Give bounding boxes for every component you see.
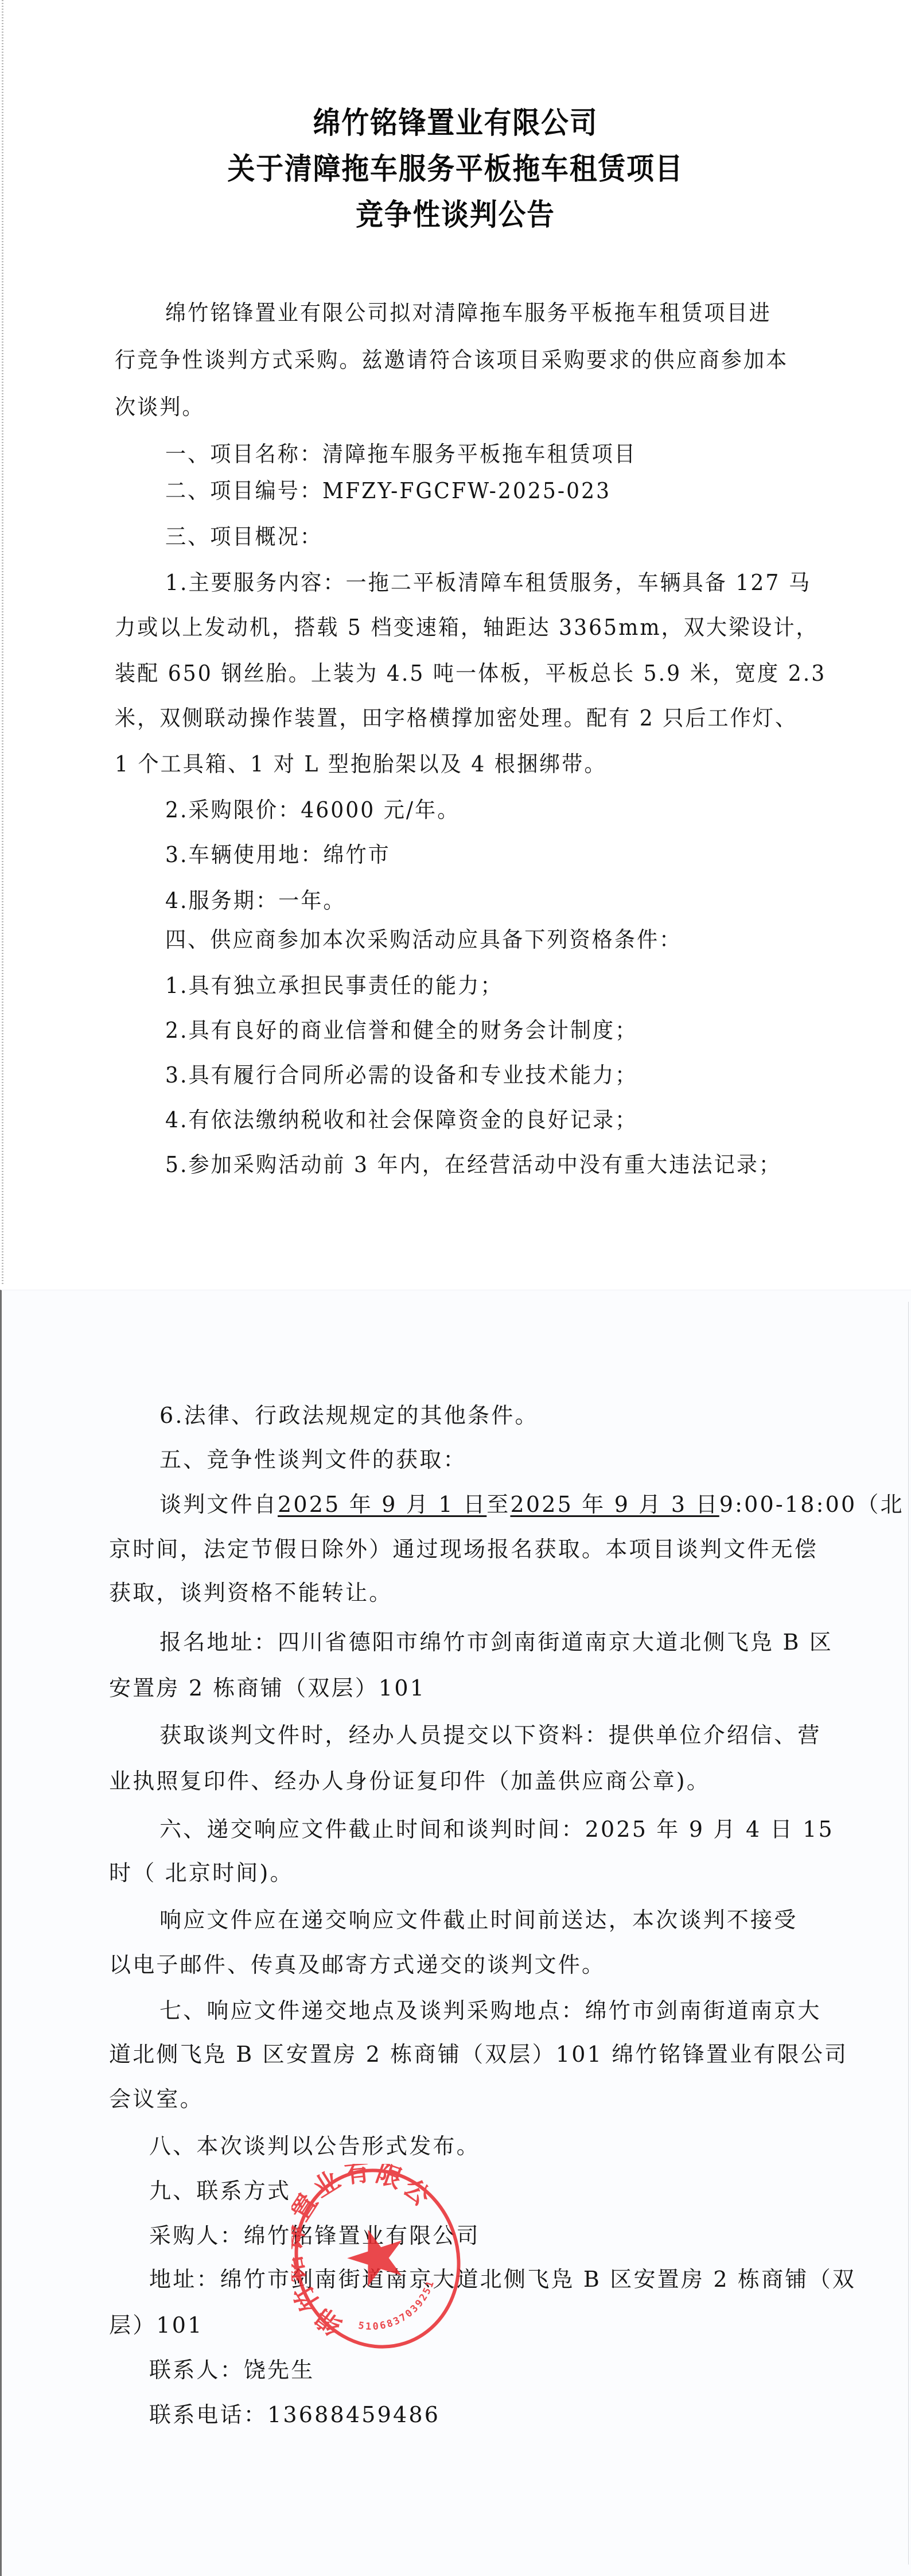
qualification-item: 6.法律、行政法规规定的其他条件。 (159, 1402, 539, 1429)
scan-edge (908, 1302, 909, 2565)
publication-note: 八、本次谈判以公告形式发布。 (149, 2133, 480, 2159)
title-company: 绵竹铭锋置业有限公司 (37, 99, 875, 142)
intro-line-3: 次谈判。 (115, 394, 205, 420)
intro-line-2: 行竞争性谈判方式采购。兹邀请符合该项目采购要求的供应商参加本 (115, 347, 788, 373)
qualification-item: 5.参加采购活动前 3 年内，在经营活动中没有重大违法记录； (165, 1151, 781, 1178)
project-overview-heading: 三、项目概况： (165, 523, 322, 550)
registration-address-line-1: 报名地址：四川省德阳市绵竹市剑南街道南京大道北侧飞凫 B 区 (159, 1629, 833, 1655)
title-notice-type: 竞争性谈判公告 (37, 191, 875, 234)
acquisition-prefix: 谈判文件自 (159, 1492, 278, 1517)
buyer-address-line-2: 层）101 (109, 2312, 204, 2338)
project-number-label: 二、项目编号： (165, 478, 322, 503)
qualification-item: 2.具有良好的商业信誉和健全的财务会计制度； (165, 1017, 637, 1043)
intro-line-1: 绵竹铭锋置业有限公司拟对清障拖车服务平板拖车租赁项目进 (165, 300, 772, 326)
qualification-heading: 四、供应商参加本次采购活动应具备下列资格条件： (165, 926, 682, 953)
delivery-note-line-2: 以电子邮件、传真及邮寄方式递交的谈判文件。 (109, 1952, 605, 1978)
deadline-line-1: 六、递交响应文件截止时间和谈判时间：2025 年 9 月 4 日 15 (159, 1816, 834, 1842)
acquisition-to: 至 (486, 1492, 510, 1517)
venue-line-1: 七、响应文件递交地点及谈判采购地点：绵竹市剑南街道南京大 (159, 1997, 822, 2024)
vehicle-location: 3.车辆使用地：绵竹市 (165, 841, 391, 868)
document-acquisition-heading: 五、竞争性谈判文件的获取： (159, 1446, 467, 1473)
price-limit: 2.采购限价：46000 元/年。 (165, 797, 460, 823)
project-name-value: 清障拖车服务平板拖车租赁项目 (322, 441, 637, 467)
project-number-value: MFZY-FGCFW-2025-023 (322, 478, 611, 503)
acquisition-start-date: 2025 年 9 月 1 日 (278, 1492, 486, 1517)
scan-edge (2, 0, 3, 1286)
required-materials-line-2: 业执照复印件、经办人身份证复印件（加盖供应商公章)。 (109, 1768, 710, 1794)
venue-line-2: 道北侧飞凫 B 区安置房 2 栋商铺（双层）101 绵竹铭锋置业有限公司 (109, 2041, 848, 2067)
service-period: 4.服务期：一年。 (165, 887, 346, 914)
acquisition-hours: 9:00-18:00（北 (719, 1492, 904, 1517)
required-materials-line-1: 获取谈判文件时，经办人员提交以下资料：提供单位介绍信、营 (159, 1722, 822, 1748)
service-content-line-5: 1 个工具箱、1 对 L 型抱胎架以及 4 根捆绑带。 (115, 751, 607, 777)
qualification-item: 4.有依法缴纳税收和社会保障资金的良好记录； (165, 1107, 637, 1133)
qualification-item: 1.具有独立承担民事责任的能力； (165, 972, 503, 999)
venue-line-3: 会议室。 (109, 2086, 204, 2112)
acquisition-period-line-3: 获取，谈判资格不能转让。 (109, 1580, 392, 1606)
buyer: 采购人：绵竹铭锋置业有限公司 (149, 2222, 480, 2249)
title-subject: 关于清障拖车服务平板拖车租赁项目 (37, 145, 875, 188)
delivery-note-line-1: 响应文件应在递交响应文件截止时间前送达，本次谈判不接受 (159, 1907, 797, 1933)
contact-phone: 联系电话：13688459486 (149, 2402, 440, 2428)
project-name: 一、项目名称：清障拖车服务平板拖车租赁项目 (165, 441, 637, 467)
acquisition-period-line-2: 京时间，法定节假日除外）通过现场报名获取。本项目谈判文件无偿 (109, 1536, 818, 1562)
service-content-line-2: 力或以上发动机，搭载 5 档变速箱，轴距达 3365mm，双大梁设计， (115, 614, 819, 641)
project-number: 二、项目编号：MFZY-FGCFW-2025-023 (165, 478, 611, 504)
registration-address-line-2: 安置房 2 栋商铺（双层）101 (109, 1675, 426, 1701)
document-page-1: 绵竹铭锋置业有限公司 关于清障拖车服务平板拖车租赁项目 竞争性谈判公告 绵竹铭锋… (0, 0, 911, 1289)
contact-person: 联系人：饶先生 (149, 2357, 314, 2383)
acquisition-period-line-1: 谈判文件自2025 年 9 月 1 日至2025 年 9 月 3 日9:00-1… (159, 1491, 904, 1518)
acquisition-end-date: 2025 年 9 月 3 日 (510, 1492, 719, 1517)
service-content-line-3: 装配 650 钢丝胎。上装为 4.5 吨一体板，平板总长 5.9 米，宽度 2.… (115, 660, 826, 686)
buyer-address-line-1: 地址：绵竹市剑南街道南京大道北侧飞凫 B 区安置房 2 栋商铺（双 (149, 2266, 856, 2292)
project-name-label: 一、项目名称： (165, 441, 322, 467)
qualification-item: 3.具有履行合同所必需的设备和专业技术能力； (165, 1062, 637, 1088)
service-content-line-4: 米，双侧联动操作装置，田字格横撑加密处理。配有 2 只后工作灯、 (115, 705, 797, 731)
contact-heading: 九、联系方式 (149, 2178, 291, 2204)
service-content-line-1: 1.主要服务内容：一拖二平板清障车租赁服务，车辆具备 127 马 (165, 569, 811, 596)
deadline-line-2: 时（ 北京时间)。 (109, 1860, 294, 1886)
